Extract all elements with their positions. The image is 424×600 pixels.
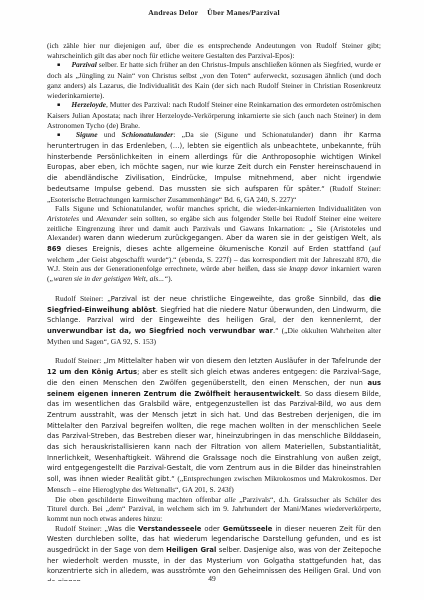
text-segment: und: [98, 130, 122, 139]
bullet-item: ▪Sigune und Schionatulander: „Da sie (Si…: [47, 130, 381, 204]
text-segment: 12 um den König Artus: [47, 368, 137, 376]
text-segment: Rudolf Steiner: „: [55, 356, 107, 365]
document-page: Andreas DelorÜber Manes/Parzival (ich zä…: [0, 0, 424, 600]
paragraph: Rudolf Steiner: „Was die Verstandesseele…: [47, 524, 381, 581]
bullet-item: ▪Herzeloyde, Mutter des Parzival: nach R…: [47, 100, 381, 130]
text-segment: Gemütsseele: [223, 525, 273, 533]
paragraph: Rudolf Steiner: „Im Mittelalter haben wi…: [47, 356, 381, 494]
text-segment: . So dass diesem Bilde, das im wesentlic…: [47, 390, 381, 484]
bullet-icon: ▪: [57, 132, 65, 138]
text-segment: Rudolf Steiner: „: [55, 294, 111, 303]
text-segment: oder: [201, 525, 222, 533]
paragraph: Falls Sigune und Schionatulander, wofür …: [47, 204, 381, 284]
page-header: Andreas DelorÜber Manes/Parzival: [47, 8, 381, 17]
text-segment: Herzeloyde: [71, 100, 106, 109]
header-title: Über Manes/Parzival: [207, 8, 280, 17]
bullet-icon: ▪: [57, 62, 60, 68]
page-body: (ich zähle hier nur diejenigen auf, über…: [47, 41, 381, 581]
text-segment: Im Mittelalter haben wir von diesem den …: [107, 357, 381, 365]
text-segment: waren dann wiederum zurückgegangen. Aber…: [83, 234, 381, 242]
text-segment: Parzival ist der neue christliche Eingew…: [111, 295, 369, 303]
text-segment: Heiligen Gral: [166, 546, 216, 554]
paragraph: Die oben geschilderte Einweihung machten…: [47, 495, 381, 524]
text-segment: alle: [224, 495, 235, 504]
text-segment: selber. Er hatte sich früher an den Chri…: [47, 60, 381, 99]
text-segment: Die oben geschilderte Einweihung machten…: [55, 495, 224, 504]
text-segment: und: [79, 214, 96, 223]
text-segment: Sigune: [76, 130, 98, 139]
text-segment: Schionatulander: [122, 130, 174, 139]
text-segment: ).: [168, 274, 172, 283]
text-segment: (ich zähle hier nur diejenigen auf, über…: [47, 41, 381, 60]
bullet-icon: ▪: [57, 102, 60, 108]
text-segment: Rudolf Steiner: „: [55, 524, 108, 533]
text-segment: Alexander: [96, 214, 127, 223]
bullet-item: ▪Parzival selber. Er hatte sich früher a…: [47, 60, 381, 100]
paragraph: (ich zähle hier nur diejenigen auf, über…: [47, 41, 381, 60]
paragraph: Rudolf Steiner: „Parzival ist der neue c…: [47, 294, 381, 347]
header-author: Andreas Delor: [148, 8, 198, 17]
text-segment: unverwundbar ist da, wo Siegfried noch v…: [47, 327, 273, 335]
text-segment: „waren sie in der geistigen Welt, als...…: [50, 274, 169, 283]
text-segment: knapp davor: [289, 264, 328, 273]
text-segment: : „Da sie (Sigune und Schionatulander): [173, 130, 319, 139]
text-segment: Parzival: [71, 60, 96, 69]
text-segment: Verstandesseele: [138, 525, 201, 533]
text-segment: Falls Sigune und Schionatulander, wofür …: [55, 204, 381, 213]
text-segment: Aristoteles: [47, 214, 79, 223]
page-number: 49: [0, 574, 424, 583]
text-segment: Was die: [108, 525, 138, 533]
text-segment: dieses Ereignis, dieses achte allgemeine…: [61, 245, 369, 253]
text-segment: 869: [47, 245, 61, 253]
